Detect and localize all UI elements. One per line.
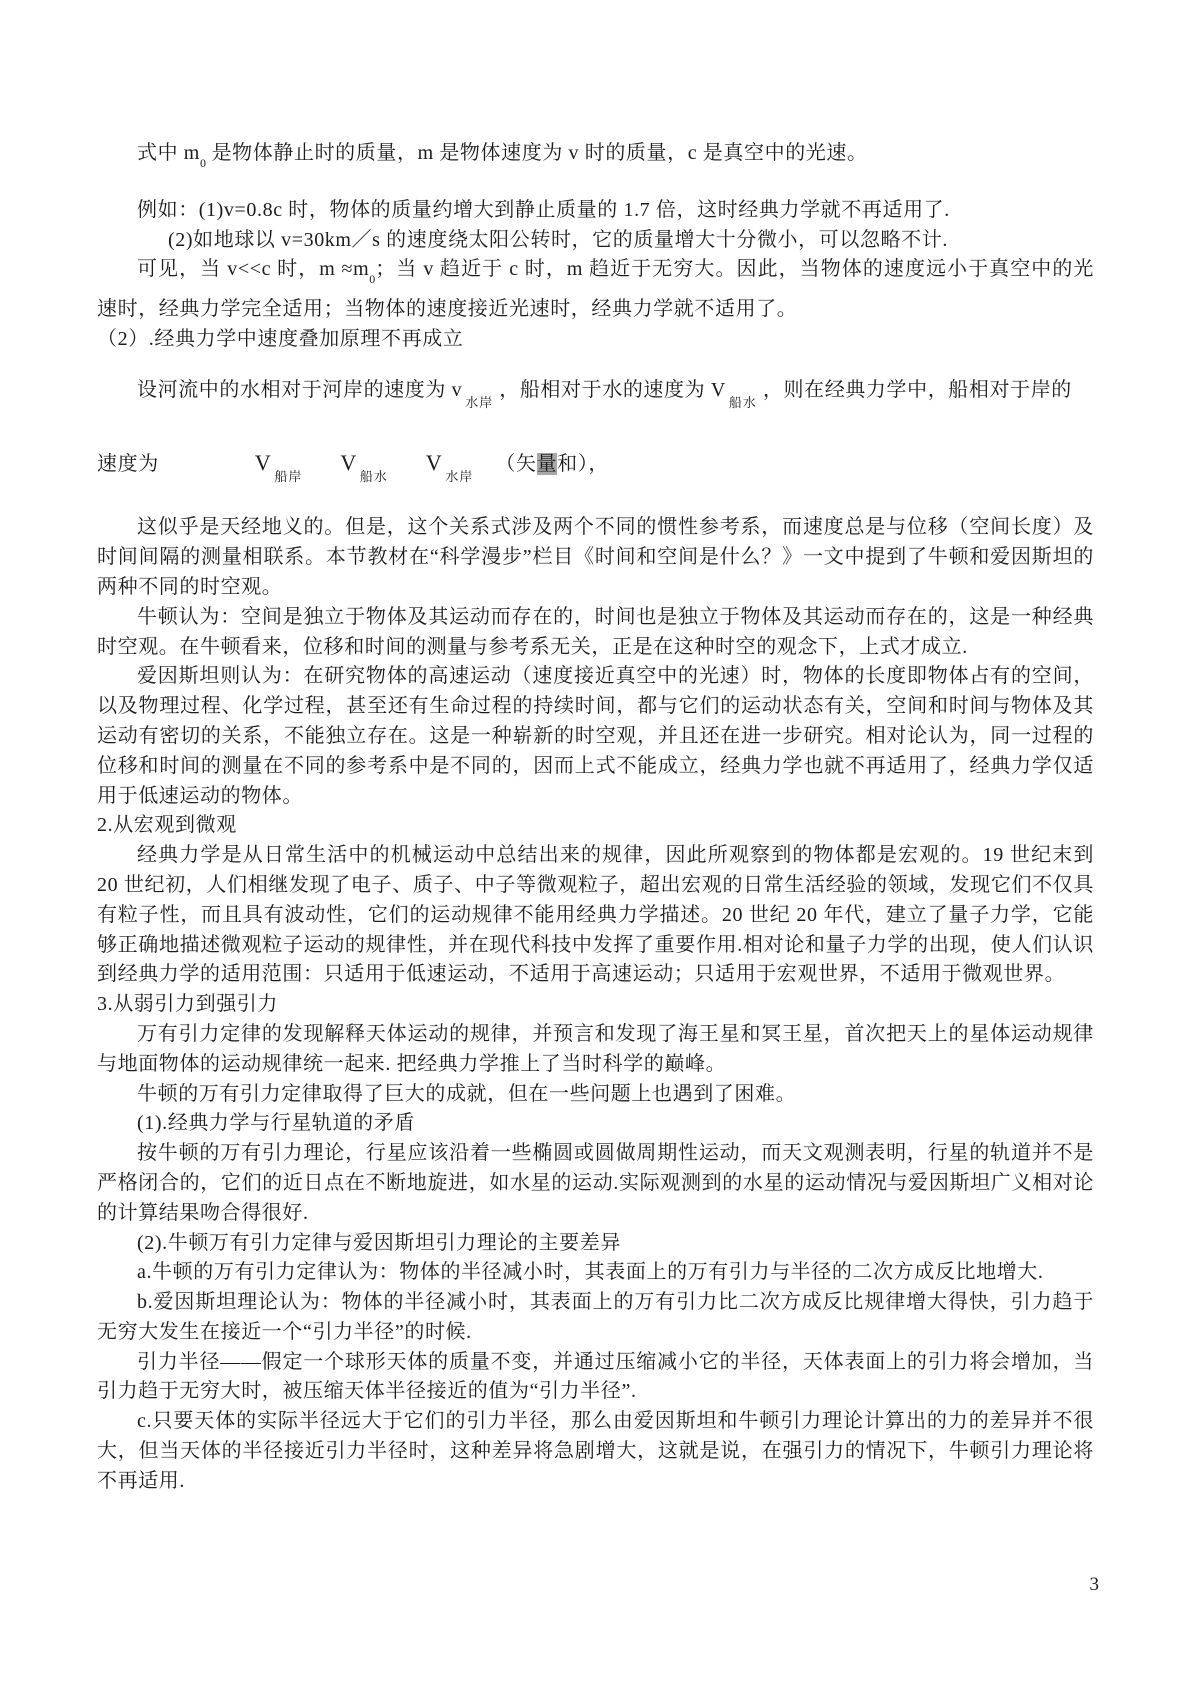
text-run: 是物体静止时的质量，m 是物体速度为 v 时的质量，c 是真空中的光速。 [206, 142, 868, 164]
formula-label: 速度为 [97, 453, 159, 475]
text-run: ，则在经典力学中，船相对于岸的 [763, 379, 1072, 401]
text-run: 式中 m [137, 142, 200, 164]
v-symbol: V [340, 450, 357, 475]
paragraph-mercury-orbit: 按牛顿的万有引力理论，行星应该沿着一些椭圆或圆做周期性运动，而天文观测表明，行星… [97, 1139, 1094, 1228]
text-run: 可见，当 v<<c 时，m ≈m [137, 258, 369, 280]
paragraph-micro-particles: 经典力学是从日常生活中的机械运动中总结出来的规律，因此所观察到的物体都是宏观的。… [97, 841, 1094, 990]
v-subscript-boat-water: 船水 [360, 469, 388, 484]
heading-weak-to-strong-gravity: 3.从弱引力到强引力 [97, 990, 1094, 1020]
paragraph-reference-frames: 这似乎是天经地义的。但是，这个关系式涉及两个不同的惯性参考系，而速度总是与位移（… [97, 513, 1094, 602]
v-subscript-boat-bank: 船岸 [274, 469, 302, 484]
formula-term-boat-bank: V船岸 [255, 453, 309, 475]
document-content: 式中 m0 是物体静止时的质量，m 是物体速度为 v 时的质量，c 是真空中的光… [97, 139, 1094, 1497]
heading-orbit-contradiction: (1).经典力学与行星轨道的矛盾 [97, 1109, 1094, 1139]
paragraph-strong-gravity-conclusion: c.只要天体的实际半径远大于它们的引力半径，那么由爱因斯坦和牛顿引力理论计算出的… [97, 1407, 1094, 1496]
formula-term-boat-water: V船水 [340, 453, 394, 475]
formula-term-water-bank: V水岸 [426, 453, 480, 475]
document-page: 式中 m0 是物体静止时的质量，m 是物体速度为 v 时的质量，c 是真空中的光… [0, 0, 1191, 1684]
text-run: （矢 [495, 453, 536, 475]
heading-velocity-superposition: （2）.经典力学中速度叠加原理不再成立 [97, 325, 1094, 355]
paragraph-gravitation-discovery: 万有引力定律的发现解释天体运动的规律，并预言和发现了海王星和冥王星，首次把天上的… [97, 1020, 1094, 1080]
subscript-water-bank: 水岸 [465, 395, 493, 410]
highlighted-character: 量 [537, 453, 558, 475]
paragraph-einstein-spacetime: 爱因斯坦则认为：在研究物体的高速运动（速度接近真空中的光速）时，物体的长度即物体… [97, 662, 1094, 811]
velocity-formula-line: 速度为V船岸V船水V水岸（矢量和）， [97, 448, 1094, 492]
paragraph-example-1: 例如：(1)v=0.8c 时，物体的质量约增大到静止质量的 1.7 倍，这时经典… [97, 196, 1094, 226]
paragraph-gravitation-difficulties: 牛顿的万有引力定律取得了巨大的成就，但在一些问题上也遇到了困难。 [97, 1080, 1094, 1110]
v-symbol: V [255, 450, 272, 475]
v-subscript-water-bank: 水岸 [445, 469, 473, 484]
text-run: 和）， [557, 453, 609, 475]
formula-vector-sum-note: （矢量和）， [495, 453, 609, 475]
paragraph-example-2: (2)如地球以 v=30km／s 的速度绕太阳公转时，它的质量增大十分微小，可以… [97, 226, 1094, 256]
paragraph-river-boat: 设河流中的水相对于河岸的速度为 v水岸，船相对于水的速度为 V船水，则在经典力学… [97, 376, 1094, 418]
subscript-boat-water: 船水 [729, 395, 757, 410]
paragraph-newton-gravity-law: a.牛顿的万有引力定律认为：物体的半径减小时，其表面上的万有引力与半径的二次方成… [97, 1258, 1094, 1288]
paragraph-newton-spacetime: 牛顿认为：空间是独立于物体及其运动而存在的，时间也是独立于物体及其运动而存在的，… [97, 603, 1094, 663]
paragraph-rest-mass: 式中 m0 是物体静止时的质量，m 是物体速度为 v 时的质量，c 是真空中的光… [97, 139, 1094, 179]
text-run: 设河流中的水相对于河岸的速度为 v [137, 379, 462, 401]
heading-newton-einstein-difference: (2).牛顿万有引力定律与爱因斯坦引力理论的主要差异 [97, 1229, 1094, 1259]
page-number: 3 [1090, 1570, 1100, 1600]
paragraph-einstein-gravity-theory: b.爱因斯坦理论认为：物体的半径减小时，其表面上的万有引力比二次方成反比规律增大… [97, 1288, 1094, 1348]
text-run: ，船相对于水的速度为 V [499, 379, 726, 401]
paragraph-gravitational-radius: 引力半径——假定一个球形天体的质量不变，并通过压缩减小它的半径，天体表面上的引力… [97, 1348, 1094, 1408]
v-symbol: V [426, 450, 443, 475]
paragraph-applicability: 可见，当 v<<c 时，m ≈m0；当 v 趋近于 c 时，m 趋近于无穷大。因… [97, 255, 1094, 325]
heading-macro-to-micro: 2.从宏观到微观 [97, 811, 1094, 841]
